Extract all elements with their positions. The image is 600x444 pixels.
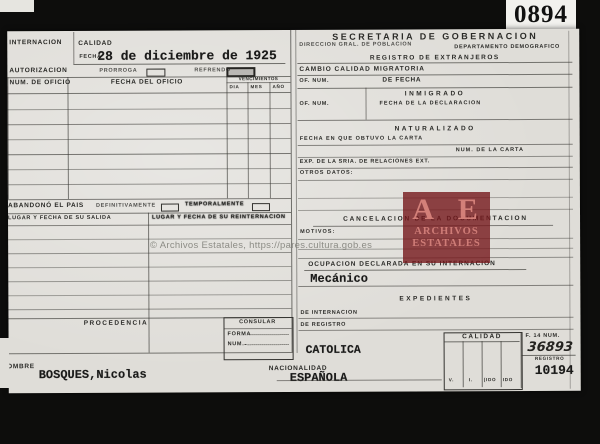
- mes-header: MES: [250, 85, 262, 90]
- exp-sria-label: EXP. DE LA SRIA. DE RELACIONES EXT.: [300, 159, 430, 165]
- form-rule-vertical: [73, 32, 74, 64]
- f14-label: F. 14 NUM.: [526, 334, 561, 340]
- form-rule-vertical: [290, 30, 292, 353]
- logo-initials: A E: [403, 193, 490, 226]
- definitivamente-label: DEFINITIVAMENTE: [96, 204, 156, 210]
- dia-header: DIA: [229, 85, 239, 90]
- form-rule-vertical: [269, 82, 271, 198]
- calidad-col3-label: (IDO: [484, 378, 497, 383]
- calidad-grid-title: CALIDAD: [444, 334, 521, 341]
- form-rule-horizontal: [298, 144, 573, 146]
- copyright-watermark: © Archivos Estatales, https://pares.cult…: [150, 240, 372, 251]
- form-rule-horizontal: [298, 167, 573, 169]
- abandono-label: ABANDONÓ EL PAIS: [8, 203, 84, 210]
- form-rule-vertical: [226, 76, 228, 198]
- temporalmente-checkbox: [252, 203, 270, 211]
- fecha-value: 28 de diciembre de 1925: [97, 49, 276, 63]
- ano-header: AÑO: [272, 85, 284, 90]
- scanned-document-view: 0894 INTERNACION CALIDAD FECHA 28 de dic…: [0, 0, 600, 444]
- form-rule-vertical: [365, 88, 366, 120]
- de-registro-label: DE REGISTRO: [300, 323, 346, 329]
- direccion-subtitle: DIRECCION GRAL. DE POBLACION: [299, 42, 412, 48]
- form-rule-horizontal: [299, 329, 574, 331]
- otros-datos-label: OTROS DATOS:: [300, 171, 354, 177]
- photo-number-badge: 0894: [506, 0, 576, 30]
- form-rule-horizontal: [8, 198, 291, 200]
- form-rule-horizontal: [8, 280, 291, 282]
- form-rule-vertical: [482, 341, 483, 387]
- logo-line1: ARCHIVOS: [403, 226, 490, 238]
- internacion-label: INTERNACION: [9, 40, 62, 47]
- temporalmente-label: TEMPORALMENTE: [185, 202, 244, 208]
- form-rule-horizontal: [298, 156, 573, 158]
- cambio-calidad-header: CAMBIO CALIDAD MIGRATORIA: [299, 66, 425, 73]
- form-rule-horizontal: [298, 285, 573, 287]
- form-rule-horizontal: [298, 179, 573, 181]
- autorizacion-label: AUTORIZACION: [9, 68, 67, 75]
- procedencia-header: PROCEDENCIA: [8, 320, 223, 327]
- form-rule-vertical: [568, 31, 571, 389]
- nacionalidad-value: ESPAÑOLA: [290, 372, 348, 384]
- departamento-subtitle: DEPARTAMENTO DEMOGRAFICO: [454, 45, 560, 51]
- num-carta-label: NUM. DE LA CARTA: [456, 148, 524, 154]
- consular-header: CONSULAR: [223, 320, 291, 326]
- form-rule-vertical: [7, 77, 9, 199]
- calidad-label: CALIDAD: [78, 41, 112, 48]
- reinternacion-header: LUGAR Y FECHA DE SU REINTERNACION: [152, 215, 286, 221]
- form-rule-vertical: [148, 213, 150, 353]
- card-bottom-left-extension: [0, 338, 9, 388]
- de-internacion-label: DE INTERNACION: [300, 311, 357, 317]
- logo-line2: ESTATALES: [403, 238, 490, 250]
- form-rule-horizontal: [298, 119, 573, 121]
- form-rule-horizontal: [298, 317, 573, 319]
- form-rule-vertical: [295, 30, 297, 353]
- prorroga-checkbox: [146, 69, 165, 77]
- nombre-value: BOSQUES,Nicolas: [39, 369, 147, 381]
- secretaria-title: SECRETARIA DE GOBERNACION: [307, 32, 563, 42]
- registration-card: INTERNACION CALIDAD FECHA 28 de diciembr…: [7, 29, 581, 393]
- num-dotted-rule: [245, 338, 289, 345]
- form-rule-horizontal: [8, 308, 291, 310]
- form-rule-horizontal: [277, 379, 442, 381]
- religion-value: CATOLICA: [306, 345, 361, 357]
- form-rule-vertical: [247, 82, 249, 198]
- f14-number-handwritten: 36893: [527, 340, 573, 355]
- form-rule-horizontal: [8, 252, 291, 254]
- form-rule-horizontal: [8, 224, 291, 226]
- definitivamente-checkbox: [161, 204, 179, 212]
- of-num-1-label: OF. NUM.: [299, 79, 329, 85]
- fecha-carta-label: FECHA EN QUE OBTUVO LA CARTA: [300, 136, 423, 142]
- form-rule-vertical: [463, 341, 464, 387]
- archivos-estatales-logo-watermark: A E ARCHIVOS ESTATALES: [403, 192, 490, 263]
- scan-corner-fragment: [0, 0, 34, 12]
- num-oficio-header: NUM. DE OFICIO: [9, 80, 70, 87]
- ocupacion-value: Mecánico: [310, 273, 368, 285]
- num-label: NUM.: [228, 342, 245, 348]
- form-rule-horizontal: [8, 266, 291, 268]
- of-num-2-label: OF. NUM.: [300, 102, 330, 108]
- registro-number-value: 10194: [535, 364, 574, 377]
- calidad-col2-label: I.: [469, 378, 473, 383]
- expedientes-header: EXPEDIENTES: [298, 296, 573, 304]
- fecha-declaracion-label: FECHA DE LA DECLARACION: [380, 101, 482, 107]
- form-rule-horizontal: [73, 63, 285, 65]
- form-rule-horizontal: [297, 74, 572, 76]
- form-rule-horizontal: [297, 62, 572, 64]
- prorroga-label: PRORROGA: [99, 69, 137, 75]
- salida-header: LUGAR Y FECHA DE SU SALIDA: [8, 216, 111, 222]
- form-rule-horizontal: [297, 87, 572, 89]
- fecha-oficio-header: FECHA DEL OFICIO: [67, 79, 226, 86]
- calidad-col1-label: V.: [449, 378, 454, 383]
- form-rule-vertical: [501, 341, 502, 387]
- inmigrado-header: INMIGRADO: [297, 91, 572, 99]
- form-rule-horizontal: [8, 294, 291, 296]
- calidad-col4-label: IDO: [503, 378, 513, 383]
- de-fecha-label: DE FECHA: [382, 77, 421, 84]
- naturalizado-header: NATURALIZADO: [298, 126, 573, 134]
- form-rule-horizontal: [304, 269, 526, 271]
- motivos-label: MOTIVOS:: [300, 230, 335, 236]
